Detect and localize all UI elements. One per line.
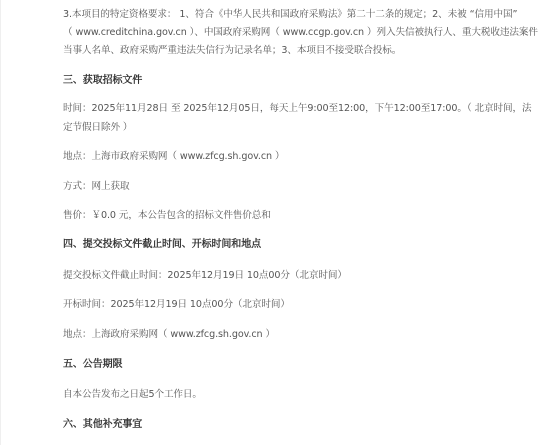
qualification-line-1: 3.本项目的特定资格要求： 1、符合《中华人民共和国政府采购法》第二十二条的规定… [63, 9, 517, 21]
section-3-location: 地点：上海市政府采购网（ www.zfcg.sh.gov.cn ） [63, 151, 284, 163]
section-3-time-line-2: 定节假日除外 ） [63, 122, 132, 134]
section-4-heading: 四、提交投标文件截止时间、开标时间和地点 [63, 239, 261, 251]
qualification-line-3: 当事人名单、政府采购严重违法失信行为记录名单；3、本项目不接受联合投标。 [63, 45, 401, 57]
qualification-line-2: （ www.creditchina.gov.cn ）、中国政府采购网（ www.… [63, 27, 538, 39]
section-4-opening: 开标时间：2025年12月19日 10点00分（北京时间） [63, 299, 290, 311]
section-6-heading: 六、其他补充事宜 [63, 419, 142, 431]
section-4-location: 地点：上海政府采购网（ www.zfcg.sh.gov.cn ） [63, 329, 275, 341]
section-5-text: 自本公告发布之日起5个工作日。 [63, 389, 202, 401]
section-3-heading: 三、获取招标文件 [63, 75, 142, 87]
section-4-deadline: 提交投标文件截止时间：2025年12月19日 10点00分（北京时间） [63, 270, 347, 282]
section-3-time-line-1: 时间：2025年11月28日 至 2025年12月05日，每天上午9:00至12… [63, 103, 532, 115]
section-3-method: 方式：网上获取 [63, 181, 129, 193]
section-5-heading: 五、公告期限 [63, 359, 122, 371]
page-edge [0, 0, 1, 445]
section-3-price: 售价：￥0.0 元，本公告包含的招标文件售价总和 [63, 210, 271, 222]
